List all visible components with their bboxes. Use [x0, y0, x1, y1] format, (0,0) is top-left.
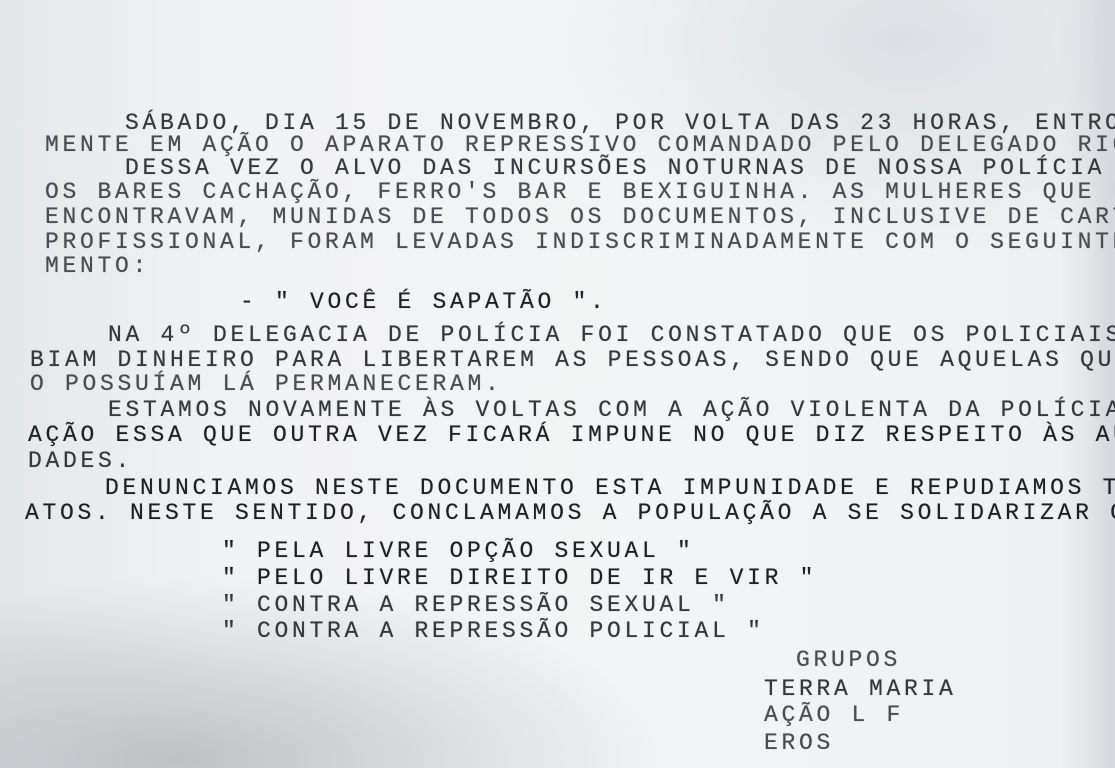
signature-group: TERRA MARIA	[764, 677, 957, 701]
signature-heading: GRUPOS	[796, 648, 901, 672]
text-line: DESSA VEZ O ALVO DAS INCURSÕES NOTURNAS …	[125, 156, 1115, 180]
text-line: DENUNCIAMOS NESTE DOCUMENTO ESTA IMPUNID…	[105, 476, 1115, 500]
text-line: ATOS. NESTE SENTIDO, CONCLAMAMOS A POPUL…	[25, 501, 1115, 525]
slogan-line: " PELO LIVRE DIREITO DE IR E VIR "	[222, 566, 817, 590]
text-line: OS BARES CACHAÇÃO, FERRO'S BAR E BEXIGUI…	[45, 180, 1115, 204]
slogan-line: " CONTRA A REPRESSÃO POLICIAL "	[222, 619, 765, 643]
text-line: MENTE EM AÇÃO O APARATO REPRESSIVO COMAN…	[45, 133, 1115, 157]
signature-group: AÇÃO L F	[764, 703, 904, 727]
text-line: DADES.	[28, 449, 133, 473]
text-line: NA 4º DELEGACIA DE POLÍCIA FOI CONSTATAD…	[108, 323, 1115, 347]
text-line: O POSSUÍAM LÁ PERMANECERAM.	[30, 372, 503, 396]
quote-line: - " VOCÊ É SAPATÃO ".	[240, 290, 608, 314]
slogan-line: " PELA LIVRE OPÇÃO SEXUAL "	[222, 539, 695, 563]
text-line: ENCONTRAVAM, MUNIDAS DE TODOS OS DOCUMEN…	[45, 205, 1115, 229]
text-line: BIAM DINHEIRO PARA LIBERTAREM AS PESSOAS…	[30, 348, 1115, 372]
text-line: MENTO:	[45, 254, 150, 278]
signature-group: EROS	[764, 731, 834, 755]
text-line: ESTAMOS NOVAMENTE ÀS VOLTAS COM A AÇÃO V…	[108, 398, 1115, 422]
slogan-line: " CONTRA A REPRESSÃO SEXUAL "	[222, 593, 730, 617]
typewritten-page: SÁBADO, DIA 15 DE NOVEMBRO, POR VOLTA DA…	[0, 0, 1115, 768]
text-line: AÇÃO ESSA QUE OUTRA VEZ FICARÁ IMPUNE NO…	[28, 423, 1115, 447]
text-line: PROFISSIONAL, FORAM LEVADAS INDISCRIMINA…	[45, 230, 1115, 254]
